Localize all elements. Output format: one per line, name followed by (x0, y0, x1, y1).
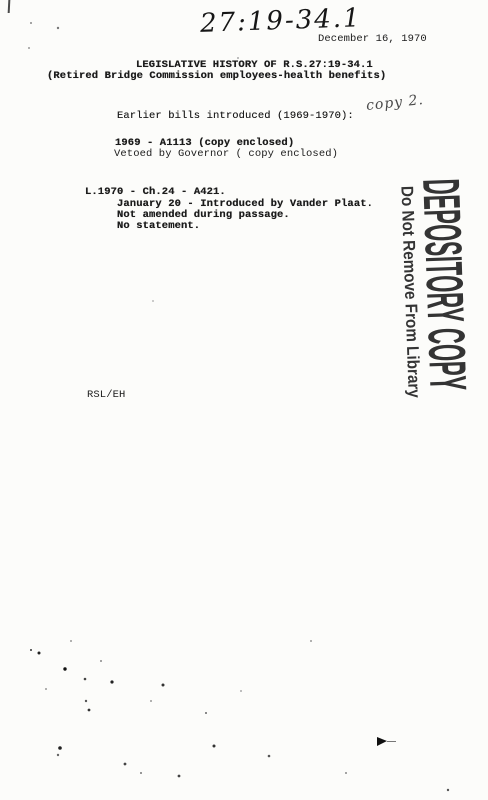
scanned-document-page: 27:19-34.1 December 16, 1970 LEGISLATIVE… (0, 0, 488, 800)
document-subtitle: (Retired Bridge Commission employees-hea… (47, 71, 386, 82)
depository-stamp: DEPOSITORY COPY Do Not Remove From Libra… (394, 174, 476, 406)
scan-artifact-dash (8, 0, 11, 13)
entry-1969-line2: Vetoed by Governor ( copy enclosed) (114, 149, 338, 160)
intro-line: Earlier bills introduced (1969-1970): (117, 111, 354, 122)
ink-mark-arrow-tail (387, 741, 396, 742)
entry-1970-heading: L.1970 - Ch.24 - A421. (85, 187, 226, 198)
ink-mark-arrow (377, 737, 387, 746)
date-line: December 16, 1970 (318, 34, 427, 45)
handwritten-copy-note: copy 2. (365, 92, 424, 114)
author-initials: RSL/EH (87, 390, 125, 401)
entry-1970-line3: No statement. (117, 221, 200, 232)
scan-speckles (0, 0, 2, 2)
